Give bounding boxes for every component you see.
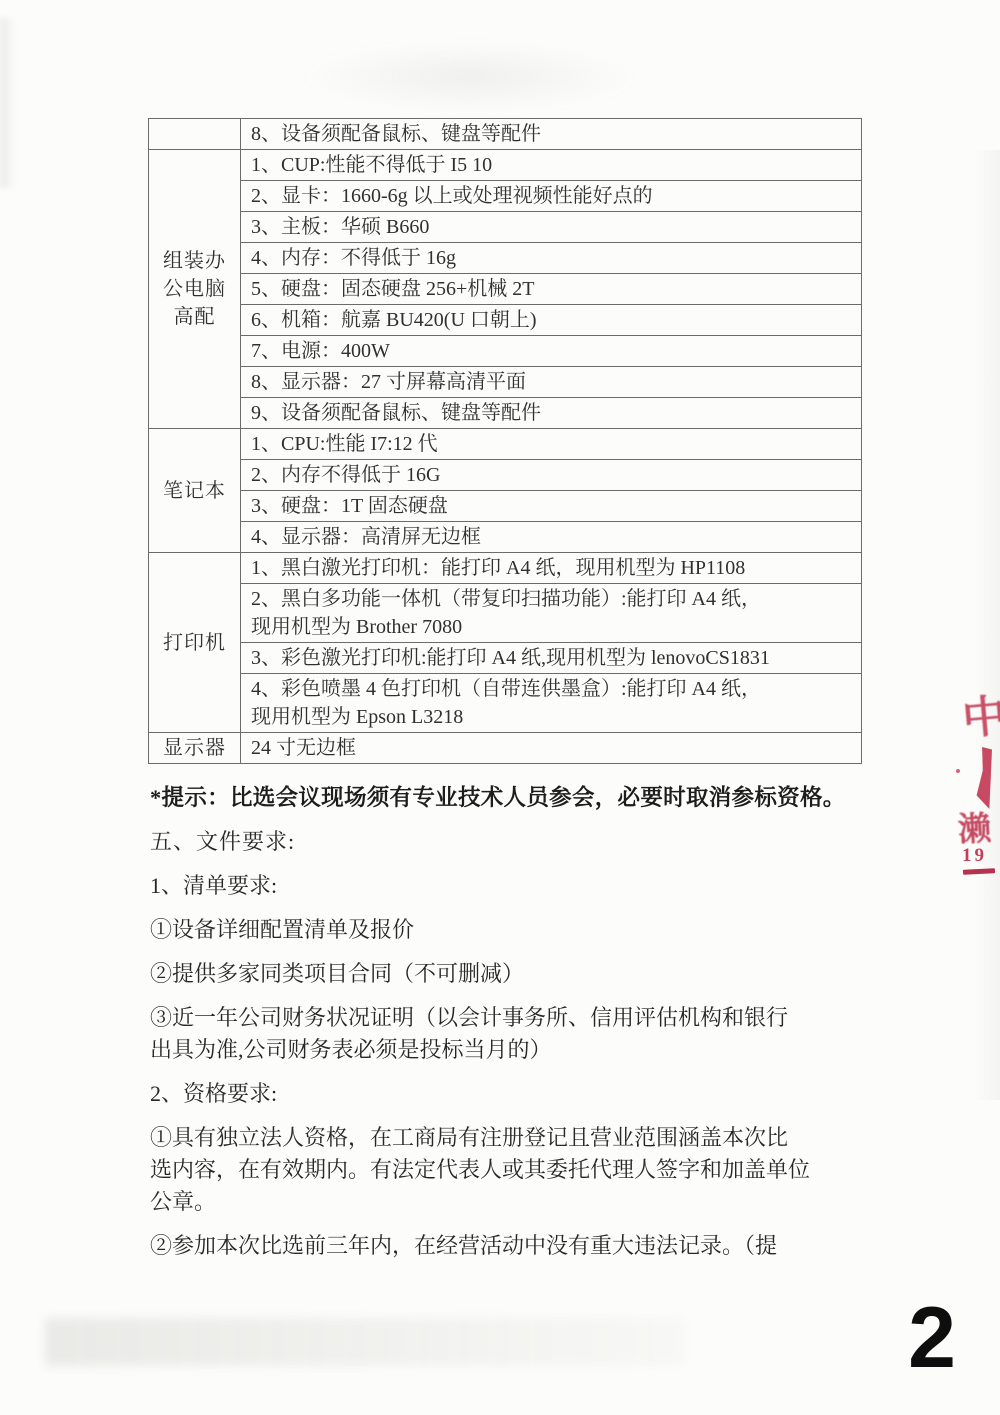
spec-item-cell: 3、主板：华硕 B660: [241, 212, 862, 243]
stamp-underline-icon: [963, 868, 995, 875]
stamp-character-icon: 中: [959, 679, 1000, 747]
section-label-cell: [149, 119, 241, 150]
page-number: 2: [908, 1295, 956, 1381]
section-label-cell: 组装办 公电脑 高配: [149, 150, 241, 429]
spec-item-cell: 2、显卡：1660-6g 以上或处理视频性能好点的: [241, 181, 862, 212]
body-paragraph: ②提供多家同类项目合同（不可删减）: [150, 958, 880, 990]
notice-line: *提示：比选会议现场须有专业技术人员参会，必要时取消参标资格。: [150, 782, 880, 814]
scanned-document-page: 8、设备须配备鼠标、键盘等配件组装办 公电脑 高配1、CUP:性能不得低于 I5…: [0, 0, 1000, 1415]
table-row: 笔记本1、CPU:性能 I7:12 代: [149, 429, 862, 460]
table-row: 5、硬盘：固态硬盘 256+机械 2T: [149, 274, 862, 305]
spec-item-cell: 24 寸无边框: [241, 733, 862, 764]
spec-item-cell: 9、设备须配备鼠标、键盘等配件: [241, 398, 862, 429]
table-row: 8、设备须配备鼠标、键盘等配件: [149, 119, 862, 150]
spec-item-cell: 2、内存不得低于 16G: [241, 460, 862, 491]
equipment-spec-table: 8、设备须配备鼠标、键盘等配件组装办 公电脑 高配1、CUP:性能不得低于 I5…: [148, 118, 862, 764]
scan-smudge: [974, 150, 1000, 1100]
section-heading: 五、文件要求:: [150, 826, 880, 858]
stamp-ink-speckles-icon: [956, 769, 960, 773]
spec-item-cell: 4、内存：不得低于 16g: [241, 243, 862, 274]
spec-item-cell: 3、硬盘：1T 固态硬盘: [241, 491, 862, 522]
section-label-cell: 显示器: [149, 733, 241, 764]
spec-item-cell: 7、电源：400W: [241, 336, 862, 367]
table-row: 显示器24 寸无边框: [149, 733, 862, 764]
spec-table-body: 8、设备须配备鼠标、键盘等配件组装办 公电脑 高配1、CUP:性能不得低于 I5…: [149, 119, 862, 764]
spec-item-cell: 5、硬盘：固态硬盘 256+机械 2T: [241, 274, 862, 305]
body-paragraph: ①设备详细配置清单及报价: [150, 914, 880, 946]
table-row: 3、彩色激光打印机:能打印 A4 纸,现用机型为 lenovoCS1831: [149, 643, 862, 674]
body-paragraph: ③近一年公司财务状况证明（以会计事务所、信用评估机构和银行 出具为准,公司财务表…: [150, 1002, 880, 1066]
table-row: 4、彩色喷墨 4 色打印机（自带连供墨盒）:能打印 A4 纸， 现用机型为 Ep…: [149, 674, 862, 733]
table-row: 组装办 公电脑 高配1、CUP:性能不得低于 I5 10: [149, 150, 862, 181]
body-paragraph: 2、资格要求:: [150, 1078, 880, 1110]
spec-item-cell: 6、机箱：航嘉 BU420(U 口朝上): [241, 305, 862, 336]
table-row: 7、电源：400W: [149, 336, 862, 367]
spec-item-cell: 3、彩色激光打印机:能打印 A4 纸,现用机型为 lenovoCS1831: [241, 643, 862, 674]
spec-item-cell: 2、黑白多功能一体机（带复印扫描功能）:能打印 A4 纸， 现用机型为 Brot…: [241, 584, 862, 643]
scan-smudge: [45, 1318, 685, 1366]
table-row: 9、设备须配备鼠标、键盘等配件: [149, 398, 862, 429]
body-paragraph: 1、清单要求:: [150, 870, 880, 902]
body-paragraph: ②参加本次比选前三年内，在经营活动中没有重大违法记录。（提: [150, 1230, 880, 1262]
stamp-character-icon: 濑: [957, 802, 992, 851]
spec-item-cell: 1、CUP:性能不得低于 I5 10: [241, 150, 862, 181]
spec-item-cell: 1、黑白激光打印机：能打印 A4 纸，现用机型为 HP1108: [241, 553, 862, 584]
table-row: 4、显示器：高清屏无边框: [149, 522, 862, 553]
spec-item-cell: 4、彩色喷墨 4 色打印机（自带连供墨盒）:能打印 A4 纸， 现用机型为 Ep…: [241, 674, 862, 733]
spec-item-cell: 8、显示器：27 寸屏幕高清平面: [241, 367, 862, 398]
body-paragraph: ①具有独立法人资格，在工商局有注册登记且营业范围涵盖本次比 选内容，在有效期内。…: [150, 1122, 880, 1218]
table-row: 打印机1、黑白激光打印机：能打印 A4 纸，现用机型为 HP1108: [149, 553, 862, 584]
red-stamp-fragment: 中 濑 19: [948, 665, 1000, 890]
stamp-number-text: 19: [962, 845, 987, 867]
scan-smudge: [0, 18, 16, 188]
spec-item-cell: 8、设备须配备鼠标、键盘等配件: [241, 119, 862, 150]
section-label-cell: 笔记本: [149, 429, 241, 553]
table-row: 3、主板：华硕 B660: [149, 212, 862, 243]
table-row: 6、机箱：航嘉 BU420(U 口朝上): [149, 305, 862, 336]
table-row: 2、黑白多功能一体机（带复印扫描功能）:能打印 A4 纸， 现用机型为 Brot…: [149, 584, 862, 643]
scan-smudge: [300, 42, 640, 112]
table-row: 8、显示器：27 寸屏幕高清平面: [149, 367, 862, 398]
table-row: 2、内存不得低于 16G: [149, 460, 862, 491]
table-row: 2、显卡：1660-6g 以上或处理视频性能好点的: [149, 181, 862, 212]
spec-item-cell: 4、显示器：高清屏无边框: [241, 522, 862, 553]
table-row: 3、硬盘：1T 固态硬盘: [149, 491, 862, 522]
section-label-cell: 打印机: [149, 553, 241, 733]
table-row: 4、内存：不得低于 16g: [149, 243, 862, 274]
spec-item-cell: 1、CPU:性能 I7:12 代: [241, 429, 862, 460]
stamp-ink-blob-icon: [970, 747, 992, 809]
document-body: *提示：比选会议现场须有专业技术人员参会，必要时取消参标资格。五、文件要求:1、…: [150, 782, 880, 1274]
